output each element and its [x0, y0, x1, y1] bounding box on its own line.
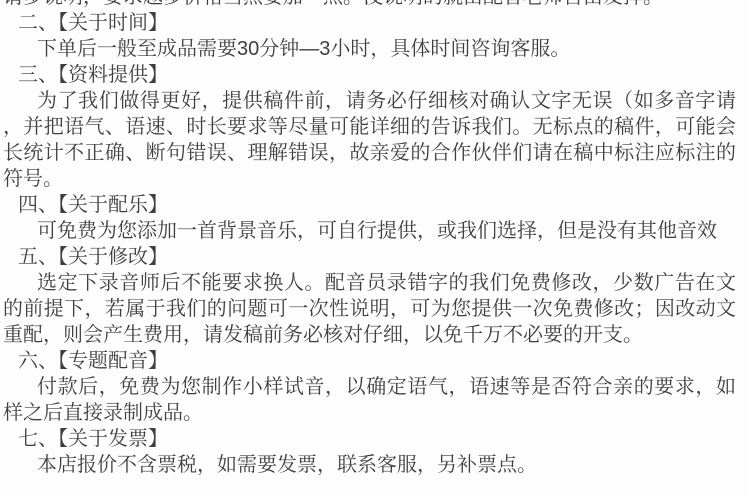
section-heading: 七、【关于发票】 [3, 426, 736, 452]
text-line: 样之后直接录制成品。 [3, 400, 736, 426]
section-heading: 六、【专题配音】 [3, 348, 736, 374]
section-heading: 三、【资料提供】 [3, 62, 736, 88]
document-body: 请多说明，要求越多价格当然要加一点。没说明的就由配音老师自由发挥。二、【关于时间… [0, 0, 750, 478]
text-line: 付款后，免费为您制作小样试音，以确定语气，语速等是否符合亲的要求，如满意小 [3, 374, 736, 400]
text-line: 为了我们做得更好，提供稿件前，请务必仔细核对确认文字无误（如多音字请标明） [3, 88, 736, 114]
text-line: 本店报价不含票税，如需要发票，联系客服，另补票点。 [3, 452, 736, 478]
text-line: 重配，则会产生费用，请发稿前务必核对仔细，以免千万不必要的开支。 [3, 322, 736, 348]
section-heading: 二、【关于时间】 [3, 10, 736, 36]
section-heading: 四、【关于配乐】 [3, 192, 736, 218]
text-line: 请多说明，要求越多价格当然要加一点。没说明的就由配音老师自由发挥。 [3, 0, 736, 10]
text-line: 下单后一般至成品需要30分钟—3小时，具体时间咨询客服。 [3, 36, 736, 62]
section-heading: 五、【关于修改】 [3, 244, 736, 270]
text-line: 符号。 [3, 166, 736, 192]
text-line: 的前提下，若属于我们的问题可一次性说明，可为您提供一次免费修改；因改动文字要 [3, 296, 736, 322]
text-line: 选定下录音师后不能要求换人。配音员录错字的我们免费修改，少数广告在文字不动 [3, 270, 736, 296]
text-line: ，并把语气、语速、时长要求等尽量可能详细的告诉我们。无标点的稿件，可能会使时 [3, 114, 736, 140]
text-line: 可免费为您添加一首背景音乐，可自行提供，或我们选择，但是没有其他音效处理。 [3, 218, 736, 244]
text-line: 长统计不正确、断句错误、理解错误，故亲爱的合作伙伴们请在稿中标注应标注的标点 [3, 140, 736, 166]
